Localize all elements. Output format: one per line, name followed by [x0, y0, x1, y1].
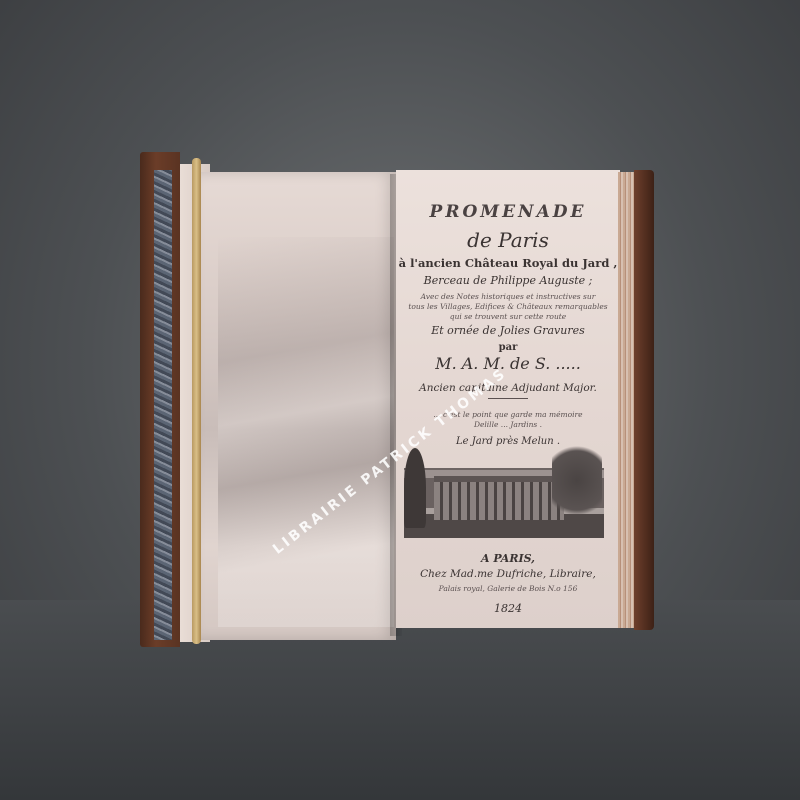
author-rank: Ancien capitaine Adjudant Major.	[396, 382, 620, 394]
title-line-2: Berceau de Philippe Auguste ;	[396, 274, 620, 287]
imprint-year: 1824	[396, 602, 620, 615]
title-line-4: tous les Villages, Edifices & Châteaux r…	[396, 302, 620, 311]
marbled-endpaper	[154, 170, 172, 640]
title-page: PROMENADE de Paris à l'ancien Château Ro…	[396, 170, 620, 628]
imprint-address: Palais royal, Galerie de Bois N.o 156	[396, 584, 620, 593]
book-subtitle: de Paris	[396, 228, 620, 252]
title-line-5: qui se trouvent sur cette route	[396, 312, 620, 321]
chateau-building	[434, 476, 564, 520]
chateau-engraving	[404, 448, 604, 538]
author: M. A. M. de S. .....	[396, 354, 620, 373]
imprint-publisher: Chez Mad.me Dufriche, Libraire,	[396, 568, 620, 580]
title-line-6: Et ornée de Jolies Gravures	[396, 324, 620, 337]
by-label: par	[396, 342, 620, 353]
leather-cover-front	[634, 170, 654, 630]
open-book: PROMENADE de Paris à l'ancien Château Ro…	[140, 152, 660, 647]
book-title: PROMENADE	[396, 202, 620, 222]
tissue-guard	[218, 237, 394, 627]
tree-left	[404, 448, 426, 528]
title-line-1: à l'ancien Château Royal du Jard ,	[396, 256, 620, 270]
epigraph-line-1: ... c'est le point que garde ma mémoire	[396, 410, 620, 419]
cloth-band	[192, 158, 201, 644]
tree-right	[552, 438, 602, 523]
imprint-place: A PARIS,	[396, 552, 620, 565]
divider-rule	[488, 398, 528, 399]
title-line-3: Avec des Notes historiques et instructiv…	[396, 292, 620, 301]
